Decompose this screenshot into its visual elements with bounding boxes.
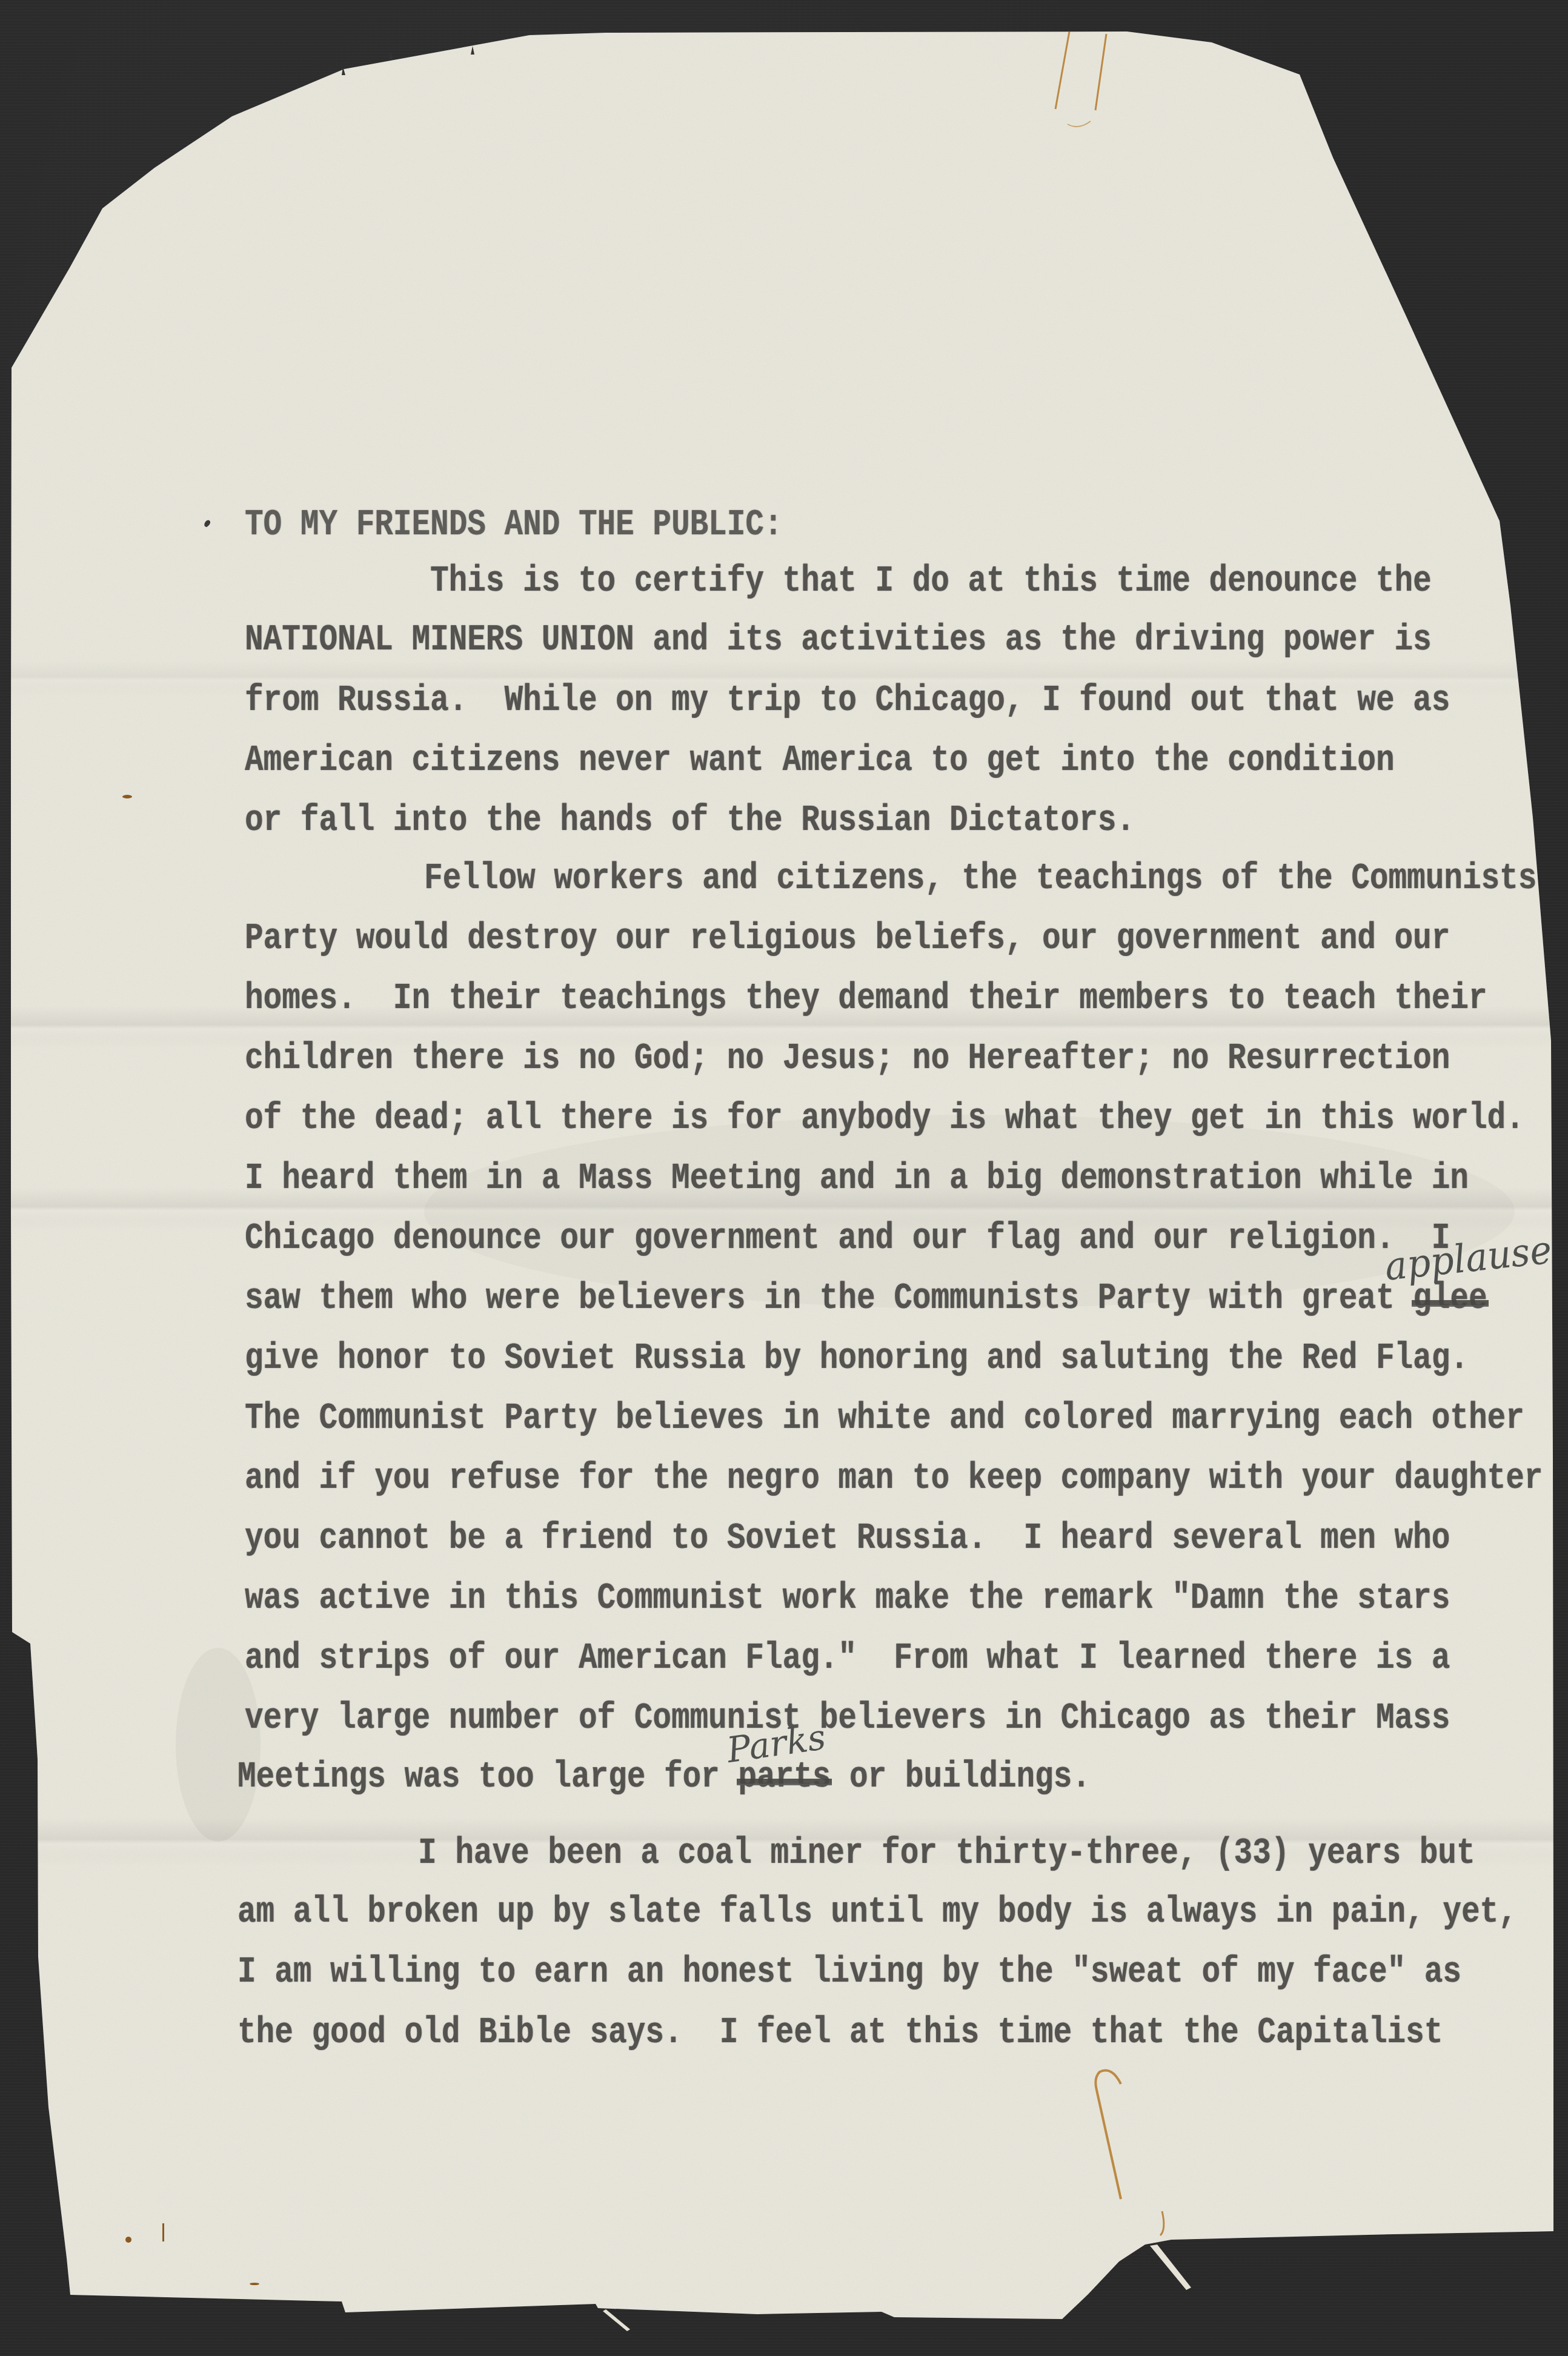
text-line-20: very large number of Communist believers… bbox=[245, 1698, 1450, 1741]
text-line-4: American citizens never want America to … bbox=[245, 740, 1395, 783]
text-line-9: children there is no God; no Jesus; no H… bbox=[245, 1038, 1450, 1081]
text-line-14: give honor to Soviet Russia by honoring … bbox=[245, 1338, 1469, 1381]
text-line-22: I have been a coal miner for thirty-thre… bbox=[418, 1833, 1475, 1876]
text-line-21-tail: or buildings. bbox=[831, 1757, 1090, 1798]
text-line-3: from Russia. While on my trip to Chicago… bbox=[245, 680, 1450, 723]
text-line-13-main: saw them who were believers in the Commu… bbox=[245, 1279, 1413, 1319]
text-line-21: Meetings was too large for parts or buil… bbox=[238, 1757, 1091, 1800]
text-line-11: I heard them in a Mass Meeting and in a … bbox=[245, 1158, 1469, 1201]
text-line-17: you cannot be a friend to Soviet Russia.… bbox=[245, 1518, 1450, 1561]
text-line-19: and strips of our American Flag." From w… bbox=[245, 1638, 1450, 1681]
text-line-13: saw them who were believers in the Commu… bbox=[245, 1278, 1487, 1321]
text-line-21-main: Meetings was too large for bbox=[238, 1757, 738, 1798]
text-line-1: This is to certify that I do at this tim… bbox=[430, 561, 1432, 604]
text-line-10: of the dead; all there is for anybody is… bbox=[245, 1098, 1524, 1141]
text-line-15: The Communist Party believes in white an… bbox=[245, 1398, 1524, 1441]
text-line-23: am all broken up by slate falls until my… bbox=[238, 1892, 1517, 1935]
text-line-24: I am willing to earn an honest living by… bbox=[238, 1952, 1461, 1995]
text-line-25: the good old Bible says. I feel at this … bbox=[238, 2013, 1443, 2056]
greeting: TO MY FRIENDS AND THE PUBLIC: bbox=[245, 505, 783, 548]
text-line-7: Party would destroy our religious belief… bbox=[245, 918, 1450, 961]
pencil-tick-icon bbox=[203, 519, 211, 528]
text-line-8: homes. In their teachings they demand th… bbox=[245, 978, 1487, 1021]
text-line-6: Fellow workers and citizens, the teachin… bbox=[424, 858, 1536, 901]
text-line-5: or fall into the hands of the Russian Di… bbox=[245, 800, 1135, 843]
text-line-2: NATIONAL MINERS UNION and its activities… bbox=[245, 620, 1432, 663]
text-line-12: Chicago denounce our government and our … bbox=[245, 1218, 1450, 1261]
text-line-18: was active in this Communist work make t… bbox=[245, 1578, 1450, 1621]
text-line-16: and if you refuse for the negro man to k… bbox=[245, 1458, 1543, 1501]
typed-text: TO MY FRIENDS AND THE PUBLIC: This is to… bbox=[0, 0, 1568, 2356]
